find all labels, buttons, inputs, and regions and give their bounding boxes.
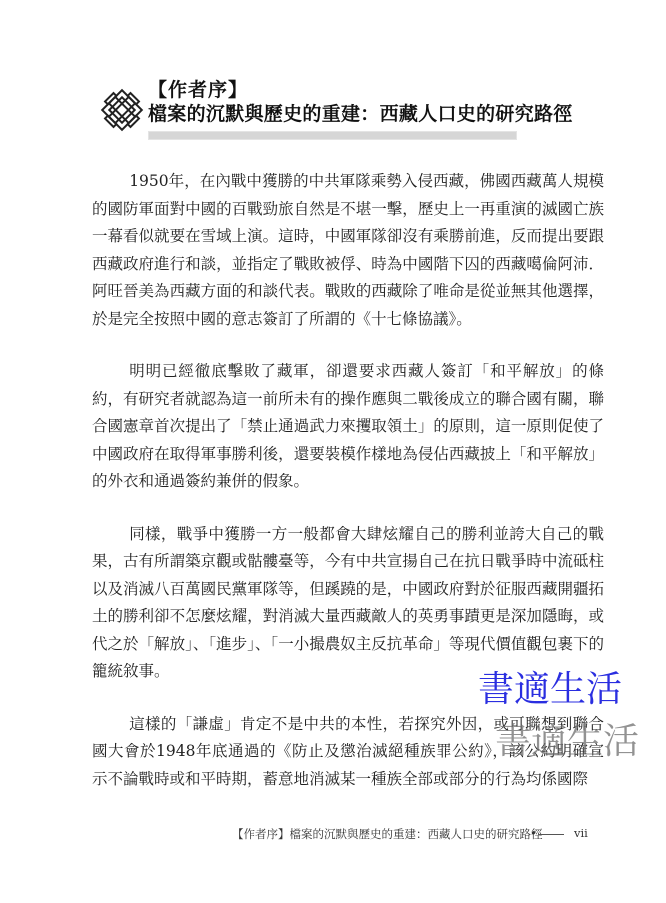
bullet-icon: •	[530, 826, 537, 840]
paragraph: 同樣，戰爭中獲勝一方一般都會大肆炫耀自己的勝利並誇大自己的戰果，古有所謂築京觀或…	[92, 521, 604, 686]
paragraph: 明明已經徹底擊敗了藏軍，卻還要求西藏人簽訂「和平解放」的條約，有研究者就認為這一…	[92, 358, 604, 496]
paragraph: 1950年，在內戰中獲勝的中共軍隊乘勢入侵西藏，佛國西藏萬人規模的國防軍面對中國…	[92, 168, 604, 333]
watermark-secondary: 書適生活	[495, 722, 639, 762]
endless-knot-icon	[96, 84, 148, 136]
page-footer: 【作者序】檔案的沉默與歷史的重建：西藏人口史的研究路徑 • vii	[232, 826, 612, 844]
page-number: vii	[574, 826, 588, 840]
running-title: 【作者序】檔案的沉默與歷史的重建：西藏人口史的研究路徑	[232, 826, 543, 842]
chapter-title: 檔案的沉默與歷史的重建：西藏人口史的研究路徑	[148, 101, 573, 127]
footer-rule	[538, 834, 564, 835]
watermark-primary: 書適生活	[478, 670, 622, 710]
book-page: 【作者序】 檔案的沉默與歷史的重建：西藏人口史的研究路徑 1950年，在內戰中獲…	[0, 0, 666, 903]
section-label: 【作者序】	[148, 78, 248, 102]
title-rule	[148, 131, 517, 140]
